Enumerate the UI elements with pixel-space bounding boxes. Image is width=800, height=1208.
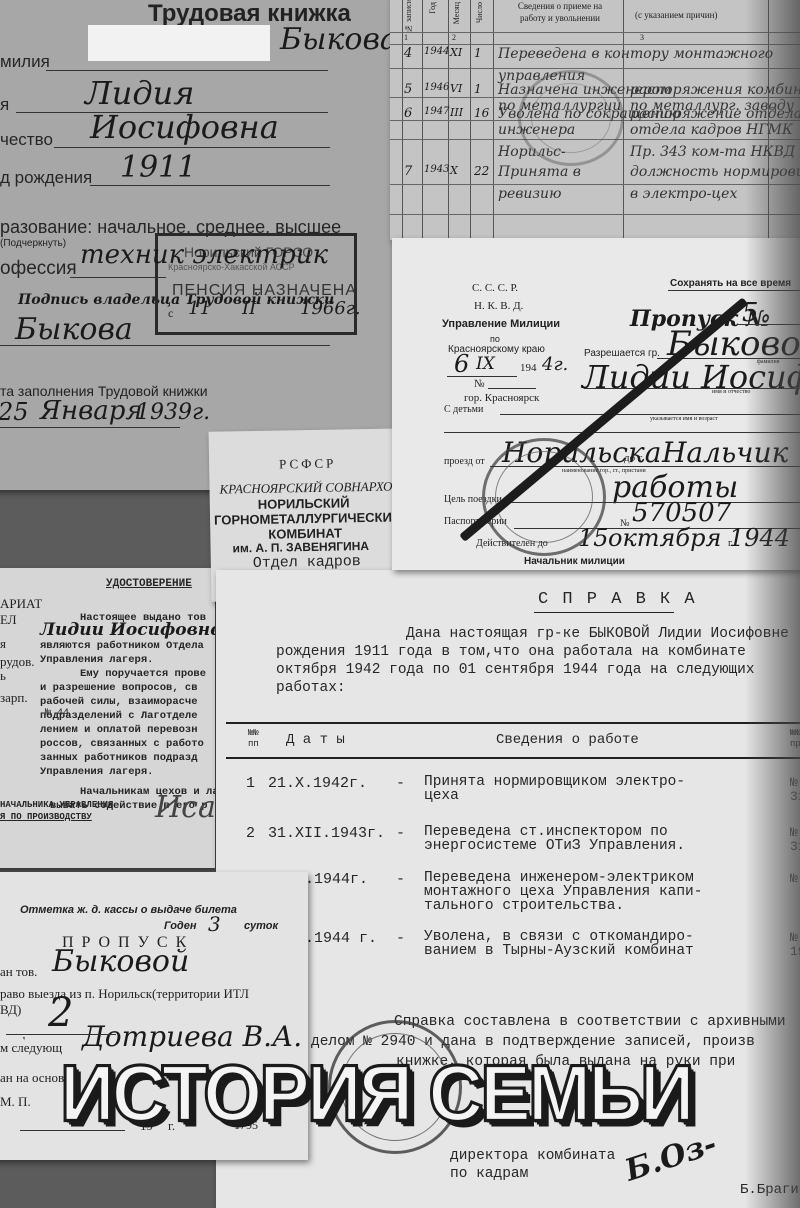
row-text: Принята нормировщиком электро- xyxy=(424,775,685,790)
certificate-line: лением и оплатой перевозн xyxy=(40,724,198,736)
certificate-line: россов, связанных с работо xyxy=(40,738,204,750)
row-text: ванием в Тырны-Аузский комбинат xyxy=(424,944,694,959)
profession-value: техник электрик xyxy=(80,240,328,270)
city-label: гор. Красноярск xyxy=(464,392,539,404)
row-date: 31.XII.1943г. xyxy=(268,825,385,842)
row-dash: - xyxy=(396,871,405,888)
surname-value: Быкова xyxy=(280,22,392,57)
keep-note: Сохранять на все время xyxy=(670,278,791,289)
register-row-year: 1946 xyxy=(424,82,449,93)
fill-year: 1939г. xyxy=(136,400,210,425)
surname-label: милия xyxy=(0,52,50,72)
certificate-line: занных работников подразд xyxy=(40,752,198,764)
certificate-left-line: ь xyxy=(0,668,6,684)
reference-title: С П Р А В К А xyxy=(538,590,697,609)
birth-label: д рождения xyxy=(0,168,92,188)
register-row-year: 1947 xyxy=(424,106,449,117)
register-row-basis: распоряжение отдела xyxy=(630,106,800,122)
register-row-num: 6 xyxy=(404,106,412,121)
register-row-month: III xyxy=(450,106,463,119)
register-row-basis: в электро-цех xyxy=(630,186,737,202)
valid-until: октября 1944 xyxy=(608,524,790,552)
row-text: тального строительства. xyxy=(424,899,624,914)
page-title: ИСТОРИЯ СЕМЬИ xyxy=(60,1048,691,1139)
certificate-title: УДОСТОВЕРЕНИЕ xyxy=(106,578,192,590)
propusk-surname: Быковой xyxy=(52,944,189,979)
register-row-info: Переведена в контору монтажного xyxy=(498,46,773,62)
register-row-basis: распоряжения комбината xyxy=(630,82,800,98)
register-row-day: 1 xyxy=(474,82,482,96)
employment-register-document: № записи Год Месяц Число Сведения о прие… xyxy=(390,0,800,240)
register-row-year: 1944 xyxy=(424,46,449,57)
register-row-info: ревизию xyxy=(498,186,561,202)
certificate-line: являются работником Отдела xyxy=(40,640,204,652)
police-pass-document: Сохранять на все время С. С. С. Р. Н. К.… xyxy=(392,238,800,570)
redacted-field xyxy=(88,25,270,61)
fill-month: Января xyxy=(40,396,143,426)
round-stamp xyxy=(518,70,624,166)
name-label: я xyxy=(0,95,9,115)
pass-name: Лидии Иосифовне xyxy=(582,358,800,396)
profession-label: офессия xyxy=(0,258,77,280)
labour-book-document: Трудовая книжка Быкова милия я Лидия чес… xyxy=(0,0,392,490)
row-order: 31.1 xyxy=(790,789,800,804)
fill-day: 25 xyxy=(0,398,29,426)
register-row-month: XI xyxy=(450,46,462,59)
certificate-left-line: АРИАТ xyxy=(0,596,42,612)
row-dash: - xyxy=(396,775,405,792)
row-order: 31. xyxy=(790,839,800,854)
country-label: С. С. С. Р. xyxy=(472,282,518,294)
register-row-num: 4 xyxy=(404,46,412,61)
travel-to: Нальчик xyxy=(662,436,788,469)
certificate-line: Ему поручается прове xyxy=(80,668,206,680)
row-num: 1 xyxy=(246,775,255,792)
row-dash: - xyxy=(396,825,405,842)
certificate-line: рабочей силы, взаиморасче xyxy=(40,696,198,708)
row-order: 194 xyxy=(790,944,800,959)
certificate-line: и разрешение вопросов, св xyxy=(40,682,198,694)
register-row-month: X xyxy=(450,164,458,177)
issue-month: IX xyxy=(476,354,495,374)
police-round-stamp xyxy=(482,438,606,556)
row-text: цеха xyxy=(424,789,459,804)
owner-signature: Быкова xyxy=(15,312,133,347)
certificate-line: подразделений с Лаготделе xyxy=(40,710,198,722)
patronymic-value: Иосифовна xyxy=(90,108,279,146)
issue-day: 6 xyxy=(454,350,469,378)
register-row-day: 16 xyxy=(474,106,489,120)
register-row-day: 22 xyxy=(474,164,489,178)
register-row-basis: отдела кадров НГМК xyxy=(630,122,793,138)
name-value: Лидия xyxy=(85,74,194,112)
row-dash: - xyxy=(396,930,405,947)
signer-name: Б.Брагин xyxy=(740,1182,800,1198)
register-row-basis: Пр. 343 ком-та НКВД xyxy=(630,144,795,160)
department-label: Управление Милиции xyxy=(442,318,560,330)
row-order: № 3 xyxy=(790,871,800,886)
row-text: энергосистеме ОТиЗ Управления. xyxy=(424,839,685,854)
agency-label: Н. К. В. Д. xyxy=(474,300,523,312)
register-row-basis: должность нормировщика xyxy=(630,164,800,180)
row-order: № 5 xyxy=(790,825,800,840)
row-order: № 52 xyxy=(790,775,800,790)
patronymic-label: чество xyxy=(0,130,53,150)
certificate-document: АРИАТЕЛярудов.ьзарп. № 44 УДОСТОВЕРЕНИЕ … xyxy=(0,568,215,868)
row-num: 2 xyxy=(246,825,255,842)
register-row-num: 7 xyxy=(404,164,412,179)
register-row-year: 1943 xyxy=(424,164,449,175)
register-row-month: VI xyxy=(450,82,462,95)
certificate-left-line: ЕЛ xyxy=(0,612,17,628)
birth-value: 1911 xyxy=(120,150,196,185)
certificate-line: Лидии Иосифовне xyxy=(40,620,215,640)
certificate-line: Управления лагеря. xyxy=(40,654,153,666)
underline-hint: (Подчеркнуть) xyxy=(0,238,66,249)
register-row-num: 5 xyxy=(404,82,412,97)
row-date: 21.X.1942г. xyxy=(268,775,367,792)
row-order: № 5 xyxy=(790,930,800,945)
register-row-info: Принята в xyxy=(498,164,581,180)
certificate-left-line: я xyxy=(0,636,6,652)
certificate-signature: Иса xyxy=(155,790,215,825)
register-row-day: 1 xyxy=(474,46,482,60)
certificate-left-line: зарп. xyxy=(0,690,28,706)
certificate-line: Управления лагеря. xyxy=(40,766,153,778)
